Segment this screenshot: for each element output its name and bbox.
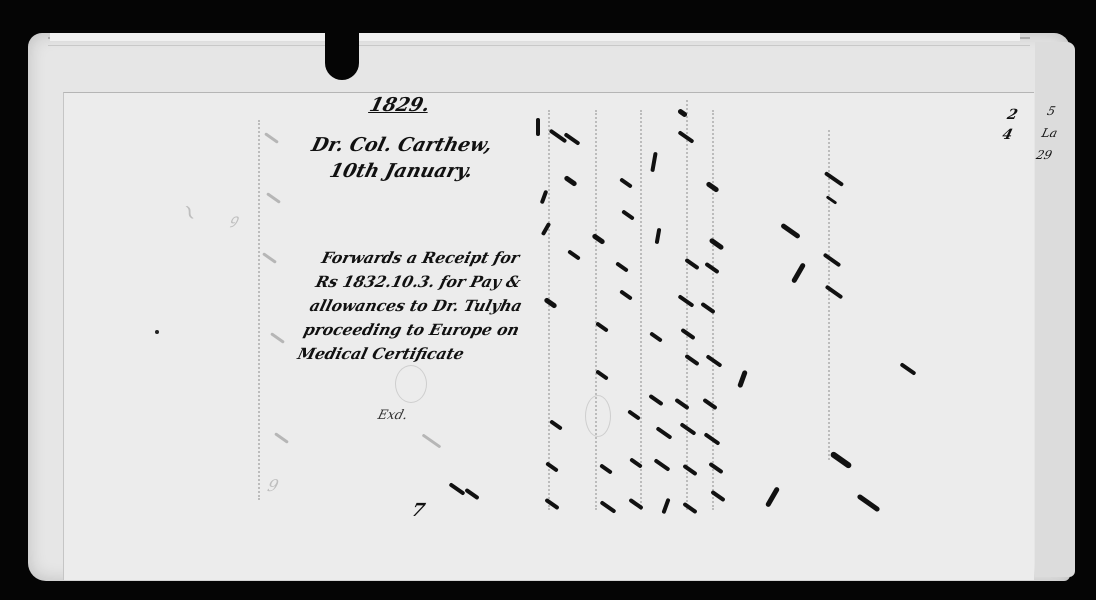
entry-addressee: Dr. Col. Carthew, (309, 134, 494, 156)
ruled-column-line (548, 110, 552, 510)
paper-top-edge (50, 33, 1020, 41)
entry-date: 10th January. (327, 160, 475, 182)
ruled-column-line (595, 110, 599, 510)
binding-notch (325, 20, 359, 80)
document-scan-viewer: 1829. Dr. Col. Carthew, 10th January. Fo… (0, 0, 1096, 600)
faint-stamp (395, 365, 427, 403)
ink-dot (155, 330, 159, 334)
entry-year: 1829. (367, 94, 432, 116)
examined-mark: Exd. (376, 408, 409, 423)
entry-summary: Forwards a Receipt for Rs 1832.10.3. for… (295, 246, 540, 366)
ruled-column-line (640, 110, 644, 510)
ink-stroke (536, 118, 540, 136)
ruled-column-line (258, 120, 262, 500)
faint-stamp (585, 395, 611, 437)
